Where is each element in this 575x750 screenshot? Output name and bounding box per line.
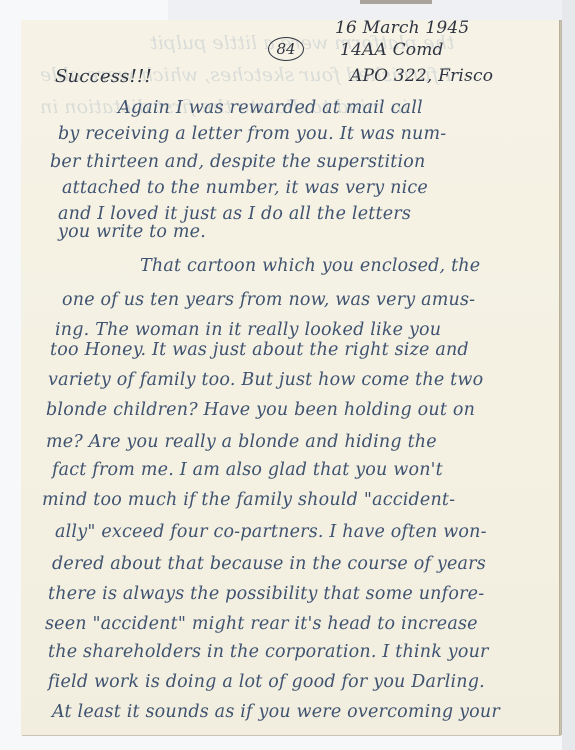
- letter-line: you write to me.: [58, 222, 206, 242]
- letter-address: APO 322, Frisco: [350, 66, 493, 86]
- salutation: Success!!!: [55, 66, 152, 87]
- letter-line: one of us ten years from now, was very a…: [62, 290, 475, 310]
- letter-line: attached to the number, it was very nice: [62, 178, 428, 198]
- letter-line: fact from me. I am also glad that you wo…: [52, 460, 443, 480]
- letter-line: Again I was rewarded at mail call: [118, 98, 423, 118]
- letter-line: That cartoon which you enclosed, the: [140, 256, 480, 276]
- letter-line: seen "accident" might rear it's head to …: [45, 614, 478, 634]
- letter-unit: 14AA Comd: [340, 40, 444, 60]
- letter-line: blonde children? Have you been holding o…: [46, 400, 475, 420]
- letter-line: there is always the possibility that som…: [48, 584, 484, 604]
- letter-line: the shareholders in the corporation. I t…: [48, 642, 489, 662]
- letter-line: and I loved it just as I do all the lett…: [58, 204, 411, 224]
- letter-line: too Honey. It was just about the right s…: [50, 340, 469, 360]
- page-number-circle: 84: [268, 37, 304, 61]
- letter-line: ing. The woman in it really looked like …: [55, 320, 441, 340]
- letter-line: ally" exceed four co-partners. I have of…: [55, 522, 487, 542]
- scan-edge-strip: [562, 0, 575, 750]
- letter-date: 16 March 1945: [335, 18, 469, 38]
- letter-line: field work is doing a lot of good for yo…: [48, 672, 485, 692]
- letter-line: dered about that because in the course o…: [52, 554, 486, 574]
- letter-line: variety of family too. But just how come…: [48, 370, 483, 390]
- letter-line: me? Are you really a blonde and hiding t…: [46, 432, 437, 452]
- mount-tab: [360, 0, 432, 4]
- letter-line: by receiving a letter from you. It was n…: [58, 124, 446, 144]
- letter-line: mind too much if the family should "acci…: [42, 490, 455, 510]
- letter-line: At least it sounds as if you were overco…: [52, 702, 500, 722]
- letter-line: ber thirteen and, despite the superstiti…: [50, 152, 426, 172]
